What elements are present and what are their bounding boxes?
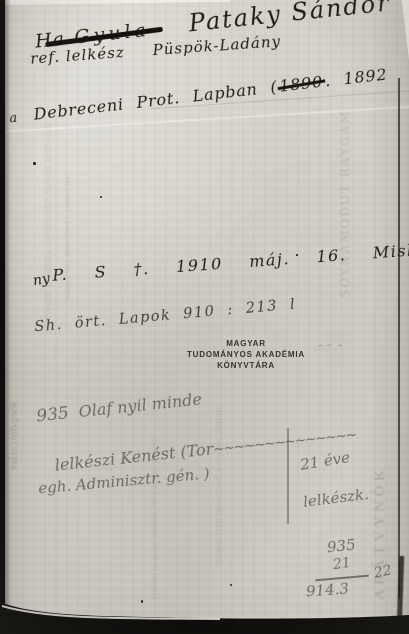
left-edge-shadow [5, 0, 11, 634]
pencil-note-right-1: 21 éve [299, 448, 351, 474]
pencil-note-text: Olaf nyil minde [78, 389, 203, 421]
author-name: Pataky Sándor [187, 0, 391, 37]
right-page-edge [398, 78, 401, 598]
paper-speck [230, 584, 232, 586]
bottom-page-edge [0, 594, 409, 634]
bleedthrough-text: ARÁTVYNÖK [372, 305, 389, 600]
handwritten-death-note: P. S †. 1910 máj. 16. Miskolc [52, 238, 409, 284]
marginal-ny-mark: ny [32, 271, 51, 289]
stamp-line-1: MAGYAR [176, 338, 316, 349]
paper-speck [100, 196, 102, 198]
top-right-edge-highlight [393, 0, 409, 60]
pencil-shelf-number: 935 [35, 403, 69, 426]
paper-speck [296, 254, 298, 256]
bleedthrough-text: nabpal torp inecerbed a rodnás ykatap [214, 360, 223, 565]
pencil-calc-side-number: 22 [373, 562, 394, 581]
handwritten-reference-note: Sh. ört. Lapok 910 : 213 l [34, 297, 297, 336]
bleedthrough-text: SOYNÁMODUT RAYGAM [338, 98, 352, 298]
pencil-calc-subtrahend: 21 [332, 555, 352, 573]
stamp-line-3: KÖNYVTÁRA [176, 360, 316, 371]
stamp-line-2: TUDOMÁNYOS AKADÉMIA [176, 349, 316, 360]
vertical-fold-line [287, 428, 289, 524]
source-year: . 1892 [324, 65, 388, 91]
paper-speck [33, 162, 36, 165]
bleedthrough-text: arátvynök aimédaka soynámodut raygam ará… [44, 127, 53, 332]
pencil-shelf-note: 935Olaf nyil minde [35, 389, 202, 426]
scanned-page: arátvynök aimédaka soynámodut raygam ará… [0, 0, 409, 634]
margin-pencil-smudge: mázs irátvynök [10, 350, 20, 470]
pencil-calc-minuend: 935 [326, 536, 356, 557]
library-stamp: MAGYAR TUDOMÁNYOS AKADÉMIA KÖNYVTÁRA [176, 338, 316, 371]
stamp-arrow-mark: – – → [318, 339, 345, 350]
pencil-note-right-2: lelkészk. [302, 485, 370, 511]
top-left-edge-highlight [0, 0, 230, 5]
struck-out-year: 1890 [278, 72, 324, 96]
